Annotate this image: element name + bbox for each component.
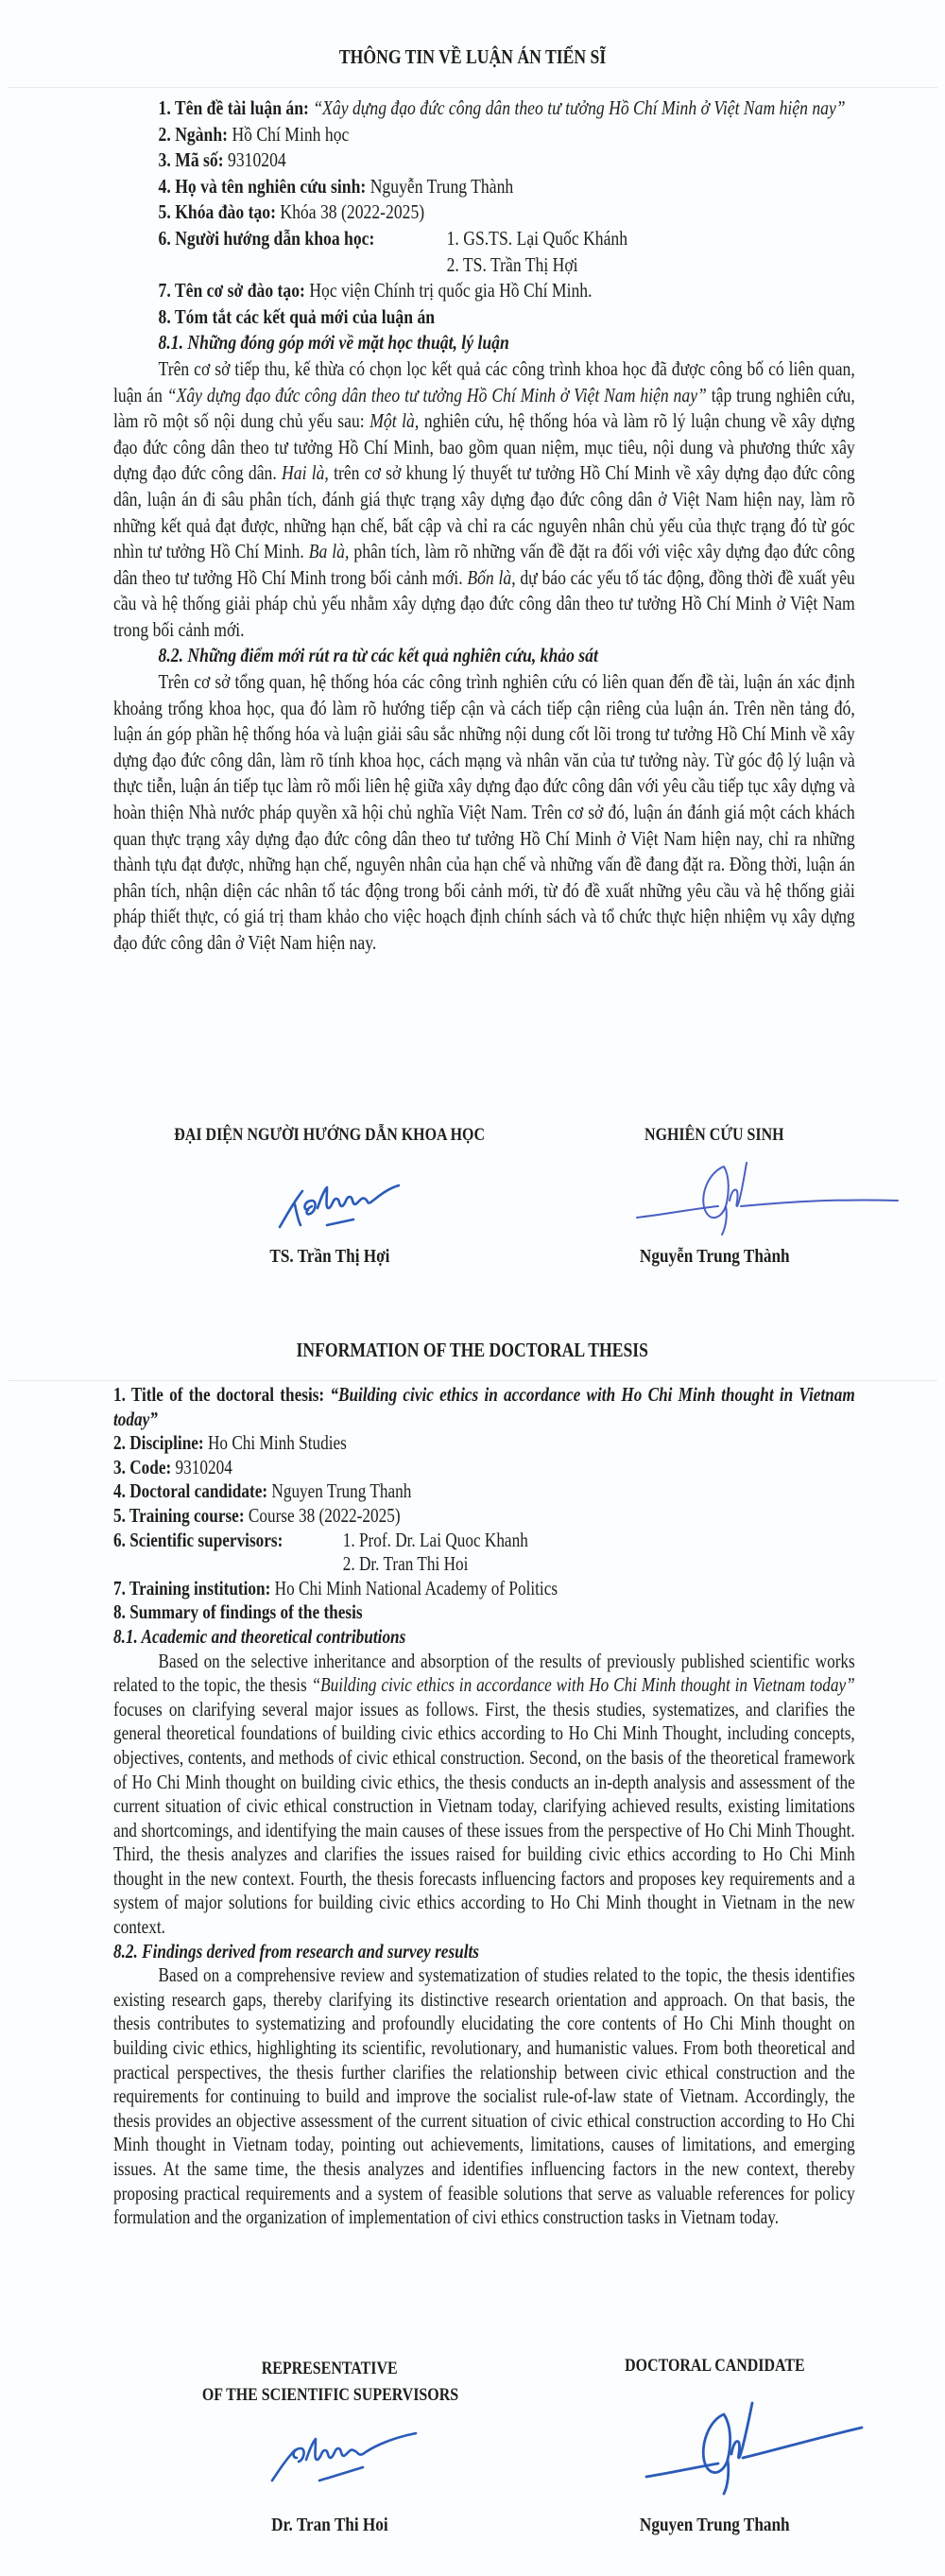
thesis-title-italic: “Building civic ethics in accordance wit…	[312, 1673, 855, 1696]
heading-text: ĐẠI DIỆN NGƯỜI HƯỚNG DẪN KHOA HỌC	[175, 1125, 486, 1146]
vi-section-8-2-heading: 8.2. Những điểm mới rút ra từ các kết qu…	[113, 643, 855, 669]
label: 3. Mã số:	[159, 148, 228, 171]
value: Khóa 38 (2022-2025)	[280, 200, 424, 223]
label: 1. Tên đề tài luận án:	[159, 96, 314, 119]
en-candidate-name: Nguyen Trung Thanh	[516, 2515, 913, 2536]
supervisor-signature-icon	[274, 1172, 406, 1238]
value: Ho Chi Minh National Academy of Politics	[275, 1577, 558, 1599]
heading-text: NGHIÊN CỨU SINH	[644, 1125, 783, 1146]
scan-line	[8, 87, 937, 88]
thesis-title-italic: “Xây dựng đạo đức công dân theo tư tưởng…	[167, 384, 707, 406]
en-supervisor-signature-heading: REPRESENTATIVE OF THE SCIENTIFIC SUPERVI…	[131, 2356, 528, 2409]
label: 4. Doctoral candidate:	[113, 1479, 271, 1502]
text: focuses on clarifying several major issu…	[113, 1698, 855, 1938]
en-summary-heading: 8. Summary of findings of the thesis	[113, 1600, 855, 1625]
enum-four: Bốn là	[467, 566, 511, 589]
label: 2. Discipline:	[113, 1431, 208, 1454]
vi-candidate: 4. Họ và tên nghiên cứu sinh: Nguyễn Tru…	[113, 174, 855, 200]
label: 4. Họ và tên nghiên cứu sinh:	[159, 175, 370, 198]
vi-course: 5. Khóa đào tạo: Khóa 38 (2022-2025)	[113, 199, 855, 226]
candidate-signature-icon	[631, 1157, 905, 1242]
value: Nguyen Trung Thanh	[271, 1479, 411, 1502]
en-section-8-2-paragraph: Based on a comprehensive review and syst…	[113, 1963, 855, 2230]
vi-page-title: THÔNG TIN VỀ LUẬN ÁN TIẾN SĨ	[0, 45, 945, 69]
vi-supervisor-name: TS. Trần Thị Hợi	[131, 1246, 528, 1268]
vi-major: 2. Ngành: Hồ Chí Minh học	[113, 122, 855, 148]
vi-section-8-2-paragraph: Trên cơ sở tổng quan, hệ thống hóa các c…	[113, 669, 855, 957]
vi-info-list: 1. Tên đề tài luận án: “Xây dựng đạo đức…	[113, 95, 855, 957]
en-supervisor-list: 1. Prof. Dr. Lai Quoc Khanh 2. Dr. Tran …	[343, 1529, 528, 1577]
name-text: TS. Trần Thị Hợi	[269, 1246, 389, 1268]
vi-title-text: THÔNG TIN VỀ LUẬN ÁN TIẾN SĨ	[339, 45, 606, 69]
supervisor-1: 1. GS.TS. Lại Quốc Khánh	[447, 226, 627, 252]
value: Học viện Chính trị quốc gia Hồ Chí Minh.	[309, 279, 592, 302]
en-supervisors: 6. Scientific supervisors: 1. Prof. Dr. …	[113, 1529, 855, 1577]
en-section-8-1-paragraph: Based on the selective inheritance and a…	[113, 1650, 855, 1940]
en-candidate: 4. Doctoral candidate: Nguyen Trung Than…	[113, 1479, 855, 1504]
vi-thesis-title: 1. Tên đề tài luận án: “Xây dựng đạo đức…	[113, 95, 855, 122]
name-text: Dr. Tran Thi Hoi	[271, 2515, 388, 2536]
label: 7. Training institution:	[113, 1577, 275, 1599]
name-text: Nguyễn Trung Thành	[640, 1246, 790, 1268]
label: 6. Người hướng dẫn khoa học:	[159, 226, 447, 278]
value: Nguyễn Trung Thành	[370, 175, 514, 198]
en-discipline: 2. Discipline: Ho Chi Minh Studies	[113, 1431, 855, 1456]
en-title-text: INFORMATION OF THE DOCTORAL THESIS	[297, 1339, 648, 1362]
vi-summary-heading: 8. Tóm tắt các kết quả mới của luận án	[113, 304, 855, 331]
enum-two: Hai là,	[282, 461, 329, 484]
vi-candidate-name: Nguyễn Trung Thành	[516, 1246, 913, 1268]
en-section-8-1-heading: 8.1. Academic and theoretical contributi…	[113, 1625, 855, 1650]
supervisor-2: 2. TS. Trần Thị Hợi	[447, 252, 627, 279]
vi-institution: 7. Tên cơ sở đào tạo: Học viện Chính trị…	[113, 278, 855, 304]
label: 1. Title of the doctoral thesis:	[113, 1383, 330, 1406]
scan-line	[8, 1380, 937, 1381]
heading-text: DOCTORAL CANDIDATE	[625, 2356, 805, 2377]
supervisor-2: 2. Dr. Tran Thi Hoi	[343, 1552, 528, 1577]
en-supervisor-name: Dr. Tran Thi Hoi	[131, 2515, 528, 2536]
supervisor-signature-icon	[265, 2420, 435, 2496]
label: 2. Ngành:	[159, 123, 232, 146]
en-course: 5. Training course: Course 38 (2022-2025…	[113, 1504, 855, 1529]
value: Course 38 (2022-2025)	[249, 1504, 401, 1527]
name-text: Nguyen Trung Thanh	[640, 2515, 790, 2536]
value: 9310204	[176, 1456, 232, 1478]
vi-supervisors: 6. Người hướng dẫn khoa học: 1. GS.TS. L…	[113, 226, 855, 278]
en-code: 3. Code: 9310204	[113, 1456, 855, 1480]
value: Ho Chi Minh Studies	[208, 1431, 347, 1454]
en-institution: 7. Training institution: Ho Chi Minh Nat…	[113, 1577, 855, 1601]
vi-code: 3. Mã số: 9310204	[113, 147, 855, 174]
vi-supervisor-list: 1. GS.TS. Lại Quốc Khánh 2. TS. Trần Thị…	[447, 226, 627, 278]
heading-line-1: REPRESENTATIVE	[262, 2356, 398, 2382]
candidate-signature-icon	[643, 2397, 869, 2501]
supervisor-1: 1. Prof. Dr. Lai Quoc Khanh	[343, 1529, 528, 1553]
value: 9310204	[228, 148, 286, 171]
en-info-list: 1. Title of the doctoral thesis: “Buildi…	[113, 1383, 855, 2230]
vi-supervisor-signature-heading: ĐẠI DIỆN NGƯỜI HƯỚNG DẪN KHOA HỌC	[131, 1125, 528, 1146]
enum-one: Một là,	[369, 409, 419, 432]
value: “Xây dựng đạo đức công dân theo tư tưởng…	[313, 96, 845, 119]
vi-candidate-signature-heading: NGHIÊN CỨU SINH	[516, 1125, 913, 1146]
vi-section-8-1-paragraph: Trên cơ sở tiếp thu, kế thừa có chọn lọc…	[113, 356, 855, 644]
value: Hồ Chí Minh học	[232, 123, 349, 146]
en-page-title: INFORMATION OF THE DOCTORAL THESIS	[0, 1339, 945, 1362]
heading-line-2: OF THE SCIENTIFIC SUPERVISORS	[201, 2382, 457, 2409]
label: 5. Training course:	[113, 1504, 249, 1527]
label: 5. Khóa đào tạo:	[159, 200, 281, 223]
label: 3. Code:	[113, 1456, 176, 1478]
en-candidate-signature-heading: DOCTORAL CANDIDATE	[516, 2356, 913, 2377]
en-section-8-2-heading: 8.2. Findings derived from research and …	[113, 1940, 855, 1964]
label: 6. Scientific supervisors:	[113, 1529, 343, 1577]
label: 7. Tên cơ sở đào tạo:	[159, 279, 310, 302]
vi-section-8-1-heading: 8.1. Những đóng góp mới về mặt học thuật…	[113, 330, 855, 356]
en-thesis-title: 1. Title of the doctoral thesis: “Buildi…	[113, 1383, 855, 1431]
enum-three: Ba là,	[309, 540, 350, 562]
